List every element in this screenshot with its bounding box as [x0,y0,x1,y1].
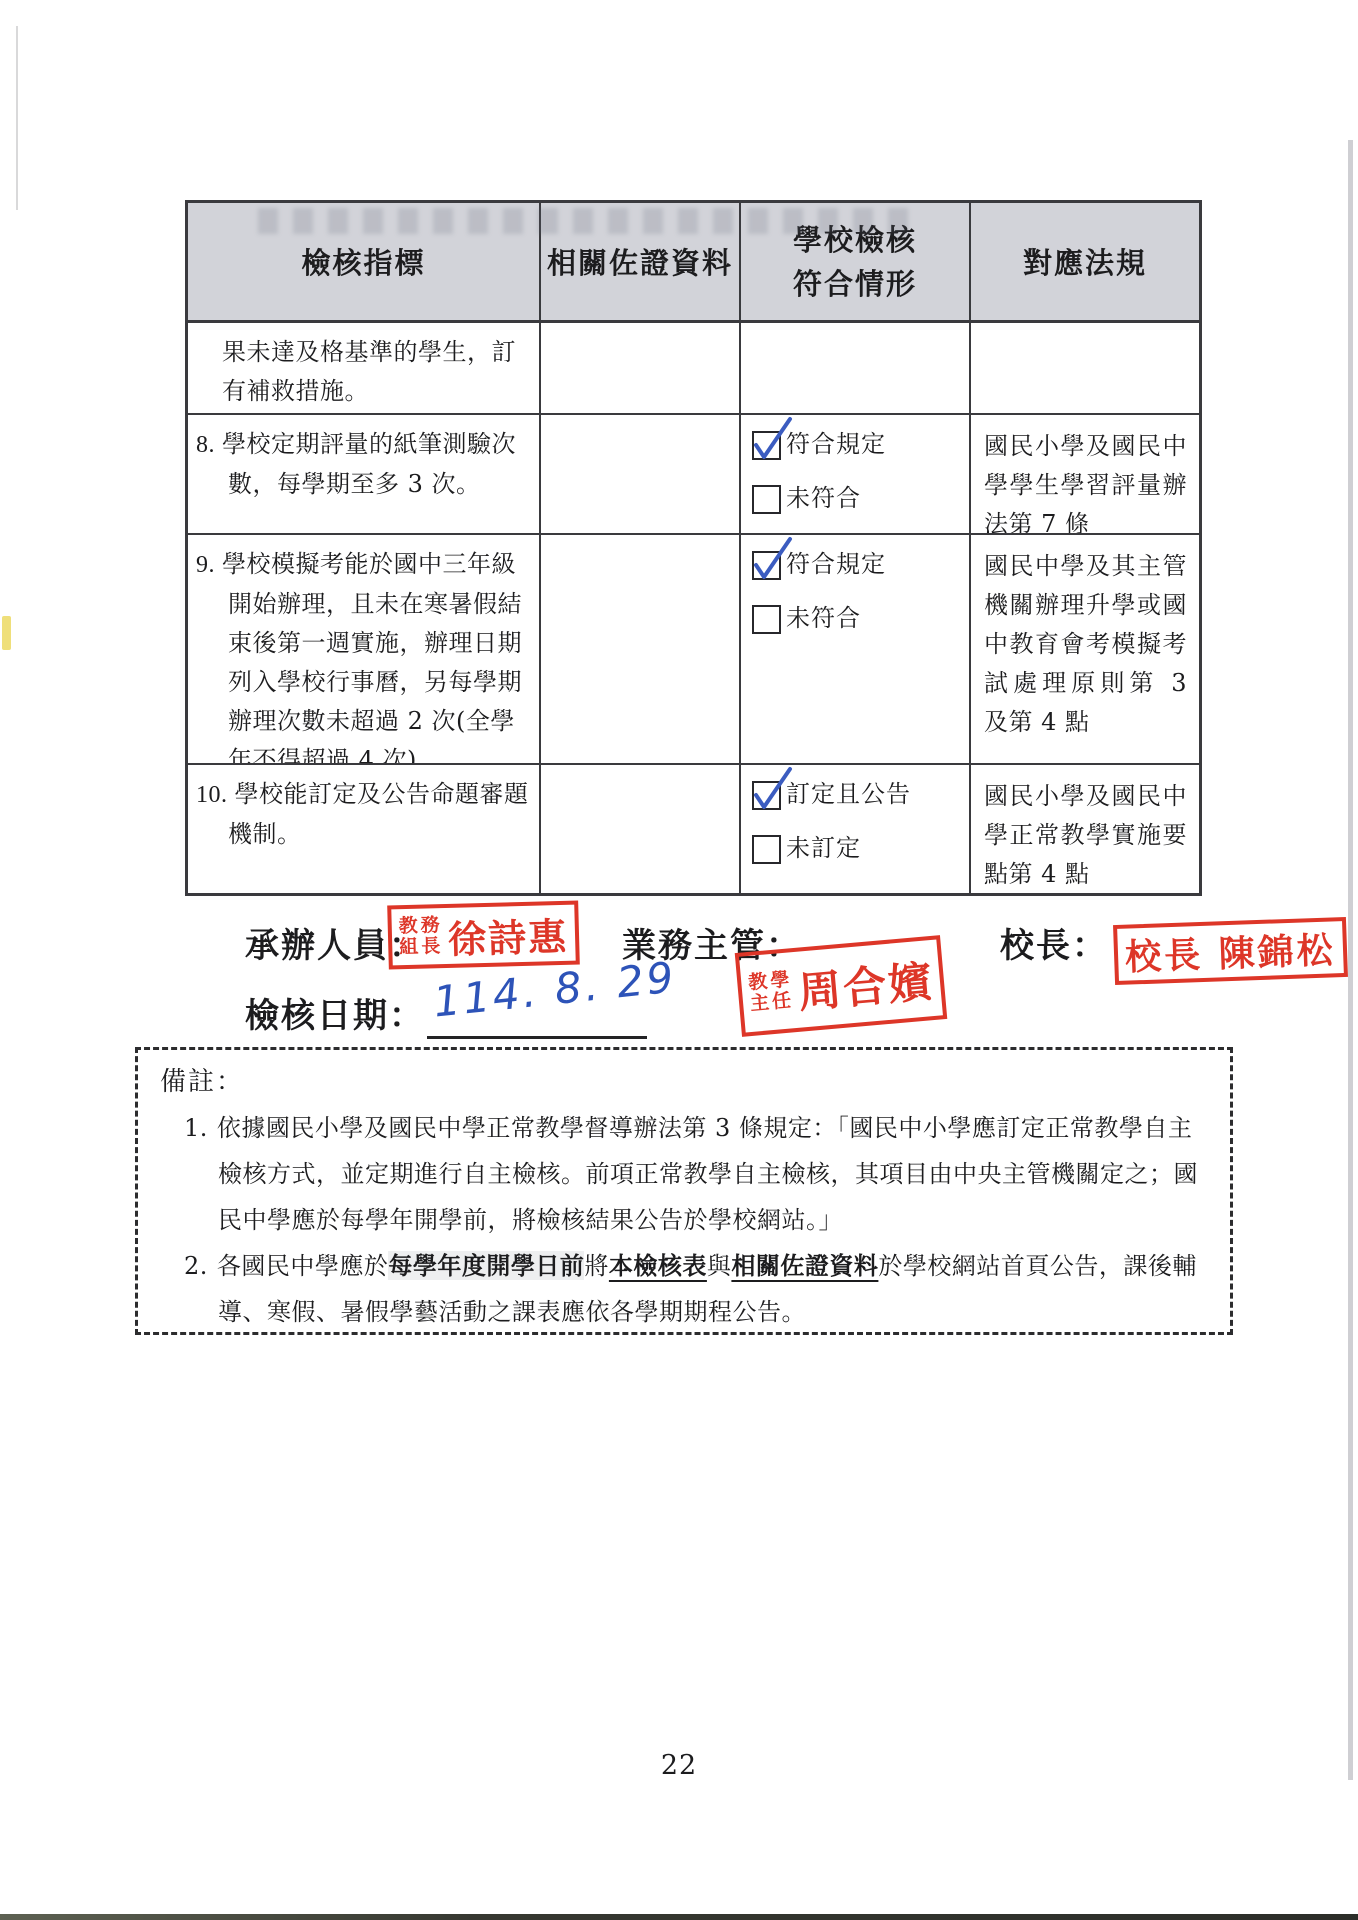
option-label: 未訂定 [786,832,861,865]
option-established: 訂定且公告 [750,778,969,811]
note-number: 1. [184,1114,208,1142]
stamp-name: 周合嬪 [796,948,936,1021]
note-text-segment: 各國民中學應於 [217,1252,389,1280]
note-text: 依據國民小學及國民中學正常教學督導辦法第 3 條規定：「國民中小學應訂定正常教學… [217,1114,1198,1234]
checkbox-icon [752,485,781,514]
note-text-segment: 將 [584,1252,609,1280]
option-label: 符合規定 [786,428,886,461]
checkbox-icon [752,605,781,634]
page-number: 22 [0,1750,1358,1781]
check-mark-icon [749,415,795,464]
scan-edge-right [1348,140,1353,1780]
option-compliant: 符合規定 [750,428,969,461]
inspection-table: 檢核指標 相關佐證資料 學校檢核符合情形 對應法規 果未達及格基準的學生，訂有補… [185,200,1202,896]
note-text-segment: 與 [707,1252,732,1280]
inspection-date-label: 檢核日期： [245,988,425,1037]
scanned-document-page: 檢核指標 相關佐證資料 學校檢核符合情形 對應法規 果未達及格基準的學生，訂有補… [0,0,1358,1920]
indicator-cell-9: 9.學校模擬考能於國中三年級開始辦理，且未在寒暑假結束後第一週實施，辦理日期列入… [188,535,541,765]
checkbox-icon [752,551,781,580]
check-mark-icon [749,535,795,584]
compliance-cell: 符合規定 未符合 [741,415,971,535]
supervisor-name-stamp: 教學 主任 周合嬪 [735,935,948,1037]
date-underline [427,1036,647,1039]
staff-name-stamp: 教務 組長 徐詩惠 [387,901,580,970]
evidence-cell [541,765,741,893]
note-item-2: 2.各國民中學應於每學年度開學日前將本檢核表與相關佐證資料於學校網站首頁公告，課… [160,1243,1210,1335]
note-item-1: 1.依據國民小學及國民中學正常教學督導辦法第 3 條規定：「國民中小學應訂定正常… [160,1105,1210,1243]
check-mark-icon [749,765,795,814]
regulation-cell: 國民小學及國民中學學生學習評量辦法第 7 條 [971,415,1199,535]
stamp-role: 教學 主任 [748,969,796,1015]
header-supporting-evidence: 相關佐證資料 [541,203,741,323]
note-number: 2. [184,1252,208,1280]
stamp-role: 教務 組長 [398,915,443,958]
evidence-cell [541,323,741,415]
header-label: 對應法規 [1023,241,1147,282]
note-text-segment-bold-underline: 本檢核表 [609,1251,707,1280]
indicator-cell-continuation: 果未達及格基準的學生，訂有補救措施。 [188,323,541,415]
stamp-name: 校長 陳錦松 [1124,922,1336,980]
option-noncompliant: 未符合 [750,602,969,635]
indicator-number: 8. [196,432,215,458]
compliance-cell: 符合規定 未符合 [741,535,971,765]
header-regulation: 對應法規 [971,203,1199,323]
checkbox-icon [752,835,781,864]
note-text-segment-bold: 每學年度開學日前 [388,1251,584,1280]
indicator-cell-8: 8.學校定期評量的紙筆測驗次數，每學期至多 3 次。 [188,415,541,535]
indicator-number: 9. [196,552,215,578]
option-compliant: 符合規定 [750,548,969,581]
stamp-name: 徐詩惠 [447,905,568,963]
option-not-established: 未訂定 [750,832,969,865]
regulation-text: 國民中學及其主管機關辦理升學或國中教育會考模擬考試處理原則第 3 及第 4 點 [984,552,1187,736]
header-label: 檢核指標 [301,241,425,282]
principal-name-stamp: 校長 陳錦松 [1113,917,1347,985]
option-label: 符合規定 [786,548,886,581]
notes-title: 備註： [160,1059,1210,1105]
principal-label: 校長： [1000,918,1108,967]
indicator-text: 學校能訂定及公告命題審題機制。 [228,780,529,848]
regulation-cell: 國民中學及其主管機關辦理升學或國中教育會考模擬考試處理原則第 3 及第 4 點 [971,535,1199,765]
header-compliance-status: 學校檢核符合情形 [741,203,971,323]
note-text-segment-bold-underline: 相關佐證資料 [731,1251,878,1280]
scan-edge-left [16,26,18,210]
stamp-role-line: 組長 [399,936,444,958]
checkbox-icon [752,431,781,460]
stamp-role-line: 主任 [749,990,795,1015]
evidence-cell [541,535,741,765]
indicator-number: 10. [196,782,228,808]
stamp-role-line: 教務 [398,915,443,937]
indicator-text: 學校模擬考能於國中三年級開始辦理，且未在寒暑假結束後第一週實施，辦理日期列入學校… [222,550,522,765]
notes-box: 備註： 1.依據國民小學及國民中學正常教學督導辦法第 3 條規定：「國民中小學應… [135,1047,1233,1335]
evidence-cell [541,415,741,535]
indicator-cell-10: 10.學校能訂定及公告命題審題機制。 [188,765,541,893]
option-label: 未符合 [786,482,861,515]
header-label: 相關佐證資料 [547,241,733,282]
option-label: 訂定且公告 [786,778,911,811]
compliance-cell: 訂定且公告 未訂定 [741,765,971,893]
option-label: 未符合 [786,602,861,635]
option-noncompliant: 未符合 [750,482,969,515]
regulation-cell [971,323,1199,415]
scan-speck [2,616,11,650]
header-label: 學校檢核符合情形 [789,218,921,306]
indicator-text: 果未達及格基準的學生，訂有補救措施。 [222,338,516,405]
compliance-cell [741,323,971,415]
checkbox-icon [752,781,781,810]
regulation-text: 國民小學及國民中學學生學習評量辦法第 7 條 [984,432,1187,535]
scan-edge-bottom [0,1914,1358,1920]
indicator-text: 學校定期評量的紙筆測驗次數，每學期至多 3 次。 [222,430,516,498]
regulation-text: 國民小學及國民中學正常教學實施要點第 4 點 [984,782,1187,888]
regulation-cell: 國民小學及國民中學正常教學實施要點第 4 點 [971,765,1199,893]
header-inspection-indicator: 檢核指標 [188,203,541,323]
